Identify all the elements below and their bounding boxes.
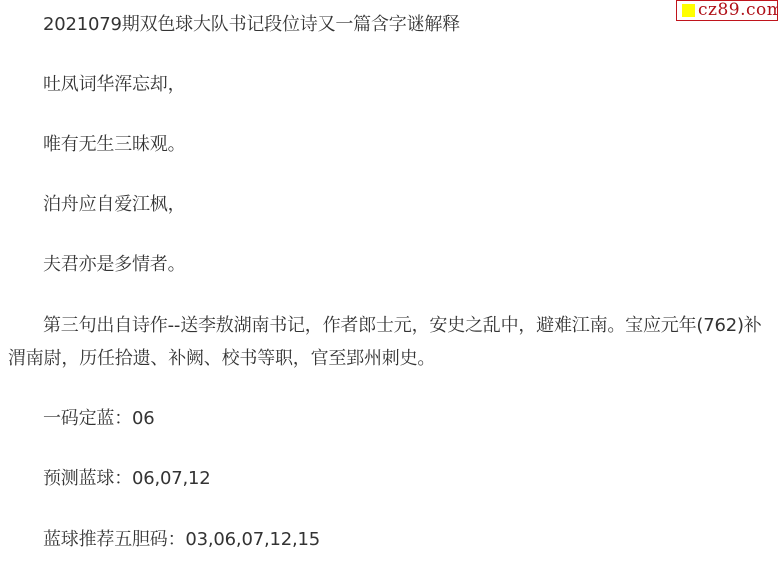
prediction-five-blue: 蓝球推荐五胆码：03,06,07,12,15: [8, 523, 770, 556]
site-watermark: cz89.com: [676, 0, 778, 21]
article-title: 2021079期双色球大队书记段位诗又一篇含字谜解释: [8, 8, 770, 41]
poem-line-4: 夫君亦是多情者。: [8, 248, 770, 281]
watermark-square-icon: [682, 4, 695, 17]
poem-line-2: 唯有无生三昧观。: [8, 128, 770, 161]
explanation-paragraph: 第三句出自诗作--送李敖湖南书记，作者郎士元，安史之乱中，避难江南。宝应元年(7…: [8, 309, 770, 375]
poem-line-3: 泊舟应自爱江枫，: [8, 188, 770, 221]
prediction-single-blue: 一码定蓝：06: [8, 402, 770, 435]
watermark-text: cz89.com: [698, 1, 778, 20]
prediction-blue-balls: 预测蓝球：06,07,12: [8, 462, 770, 495]
poem-line-1: 吐凤词华浑忘却，: [8, 68, 770, 101]
